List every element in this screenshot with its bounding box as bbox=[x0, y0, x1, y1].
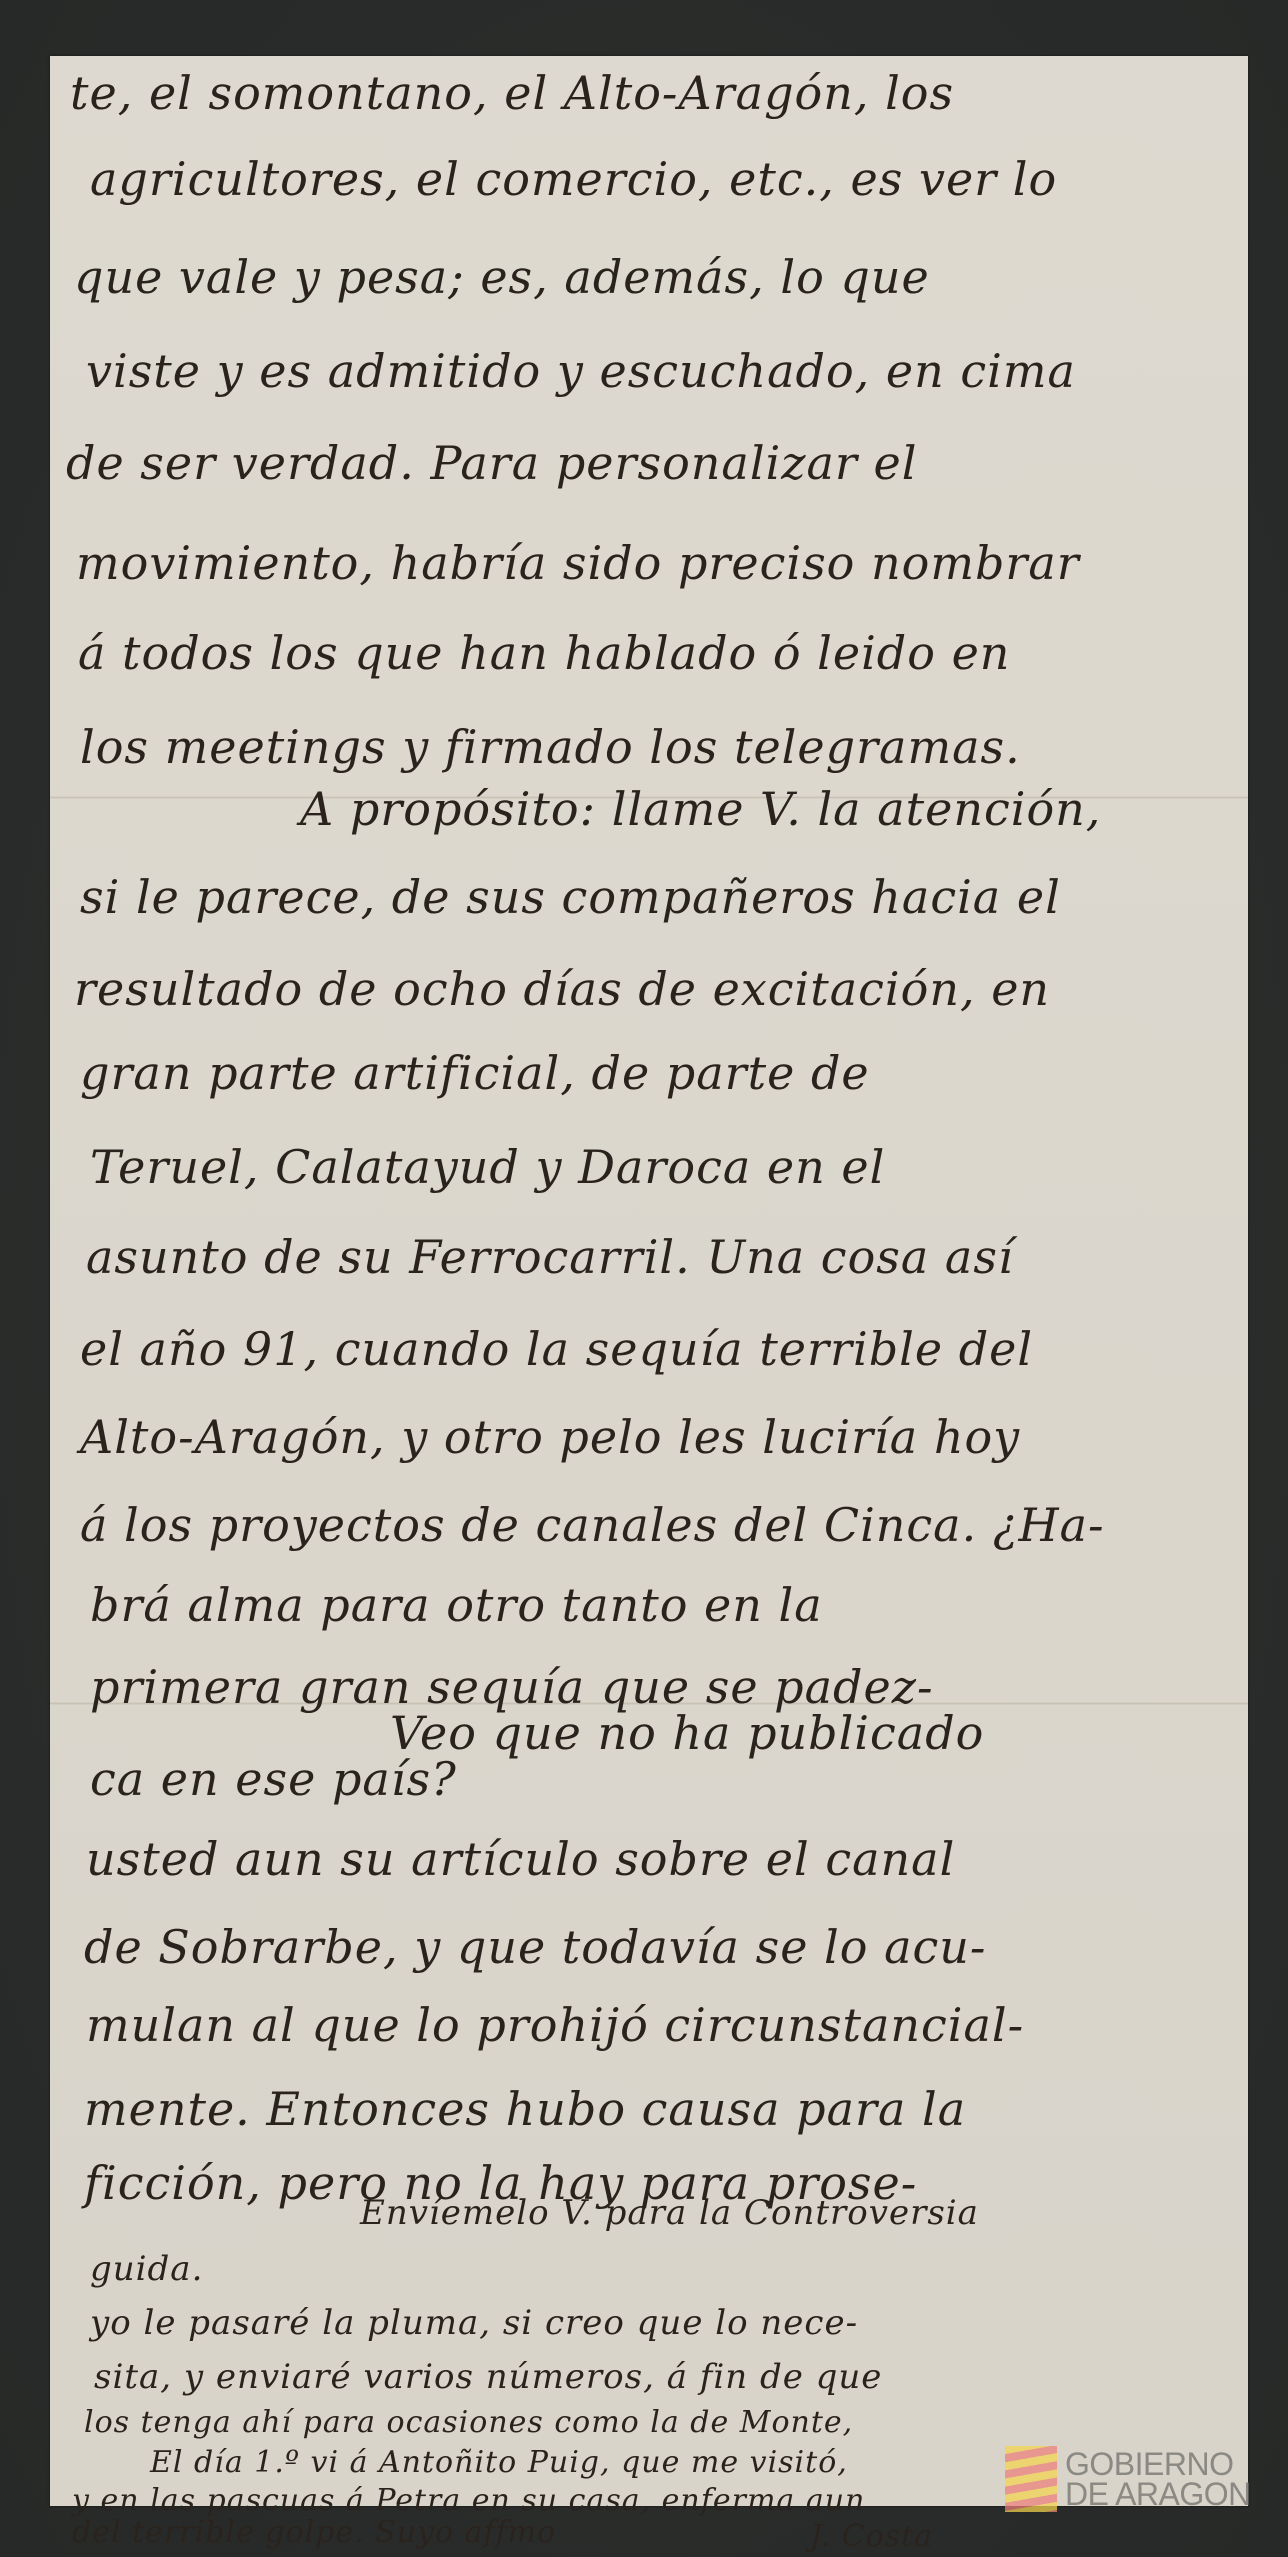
handwritten-line: Teruel, Calatayud y Daroca en el bbox=[90, 1144, 885, 1190]
handwritten-line: y en las pascuas á Petra en su casa, enf… bbox=[72, 2486, 865, 2516]
handwritten-line: sita, y enviaré varios números, á fin de… bbox=[94, 2360, 882, 2394]
handwritten-line: primera gran sequía que se padez- bbox=[90, 1664, 933, 1710]
handwritten-line: los meetings y firmado los telegramas. bbox=[80, 724, 1021, 770]
handwritten-line: Envíemelo V. para la Controversia bbox=[360, 2196, 979, 2230]
handwritten-line: á los proyectos de canales del Cinca. ¿H… bbox=[80, 1502, 1105, 1548]
handwritten-line: los tenga ahí para ocasiones como la de … bbox=[84, 2408, 853, 2438]
handwritten-line: guida. bbox=[90, 2252, 203, 2286]
aragon-flag-icon bbox=[1005, 2446, 1057, 2512]
handwritten-line: que vale y pesa; es, además, lo que bbox=[74, 254, 930, 300]
gobierno-de-aragon-watermark: GOBIERNO DE ARAGON bbox=[1005, 2446, 1251, 2512]
handwritten-line: El día 1.º vi á Antoñito Puig, que me vi… bbox=[150, 2448, 848, 2478]
handwritten-line: yo le pasaré la pluma, si creo que lo ne… bbox=[90, 2306, 858, 2340]
handwritten-line: mulan al que lo prohijó circunstancial- bbox=[86, 2002, 1024, 2048]
handwritten-line: Alto-Aragón, y otro pelo les luciría hoy bbox=[80, 1414, 1020, 1460]
watermark-line-1: GOBIERNO bbox=[1065, 2449, 1251, 2479]
letter-page: te, el somontano, el Alto-Aragón, los ag… bbox=[50, 56, 1248, 2506]
handwritten-line: ca en ese país? bbox=[90, 1756, 457, 1802]
watermark-line-2: DE ARAGON bbox=[1065, 2479, 1251, 2509]
handwritten-line: del terrible golpe. Suyo affmo bbox=[72, 2518, 556, 2548]
handwritten-line: el año 91, cuando la sequía terrible del bbox=[80, 1326, 1033, 1372]
handwritten-line: te, el somontano, el Alto-Aragón, los bbox=[70, 70, 954, 116]
handwritten-line: mente. Entonces hubo causa para la bbox=[84, 2086, 966, 2132]
handwritten-line: movimiento, habría sido preciso nombrar bbox=[76, 540, 1080, 586]
handwritten-line: Veo que no ha publicado bbox=[390, 1710, 984, 1756]
handwritten-line: á todos los que han hablado ó leido en bbox=[78, 630, 1010, 676]
handwritten-line: viste y es admitido y escuchado, en cima bbox=[86, 348, 1076, 394]
handwritten-line: resultado de ocho días de excitación, en bbox=[74, 966, 1050, 1012]
handwritten-line: gran parte artificial, de parte de bbox=[80, 1050, 870, 1096]
signature: J. Costa bbox=[810, 2522, 933, 2552]
handwritten-line: agricultores, el comercio, etc., es ver … bbox=[90, 156, 1057, 202]
handwritten-line: usted aun su artículo sobre el canal bbox=[86, 1836, 955, 1882]
handwritten-line: si le parece, de sus compañeros hacia el bbox=[80, 874, 1061, 920]
scan-backdrop: te, el somontano, el Alto-Aragón, los ag… bbox=[0, 0, 1288, 2557]
handwritten-line: de Sobrarbe, y que todavía se lo acu- bbox=[84, 1924, 986, 1970]
handwritten-line: brá alma para otro tanto en la bbox=[90, 1582, 823, 1628]
handwritten-line: asunto de su Ferrocarril. Una cosa así bbox=[86, 1234, 1014, 1280]
watermark-text: GOBIERNO DE ARAGON bbox=[1065, 2449, 1251, 2510]
handwritten-line: A propósito: llame V. la atención, bbox=[300, 786, 1101, 832]
handwritten-line: de ser verdad. Para personalizar el bbox=[66, 440, 917, 486]
